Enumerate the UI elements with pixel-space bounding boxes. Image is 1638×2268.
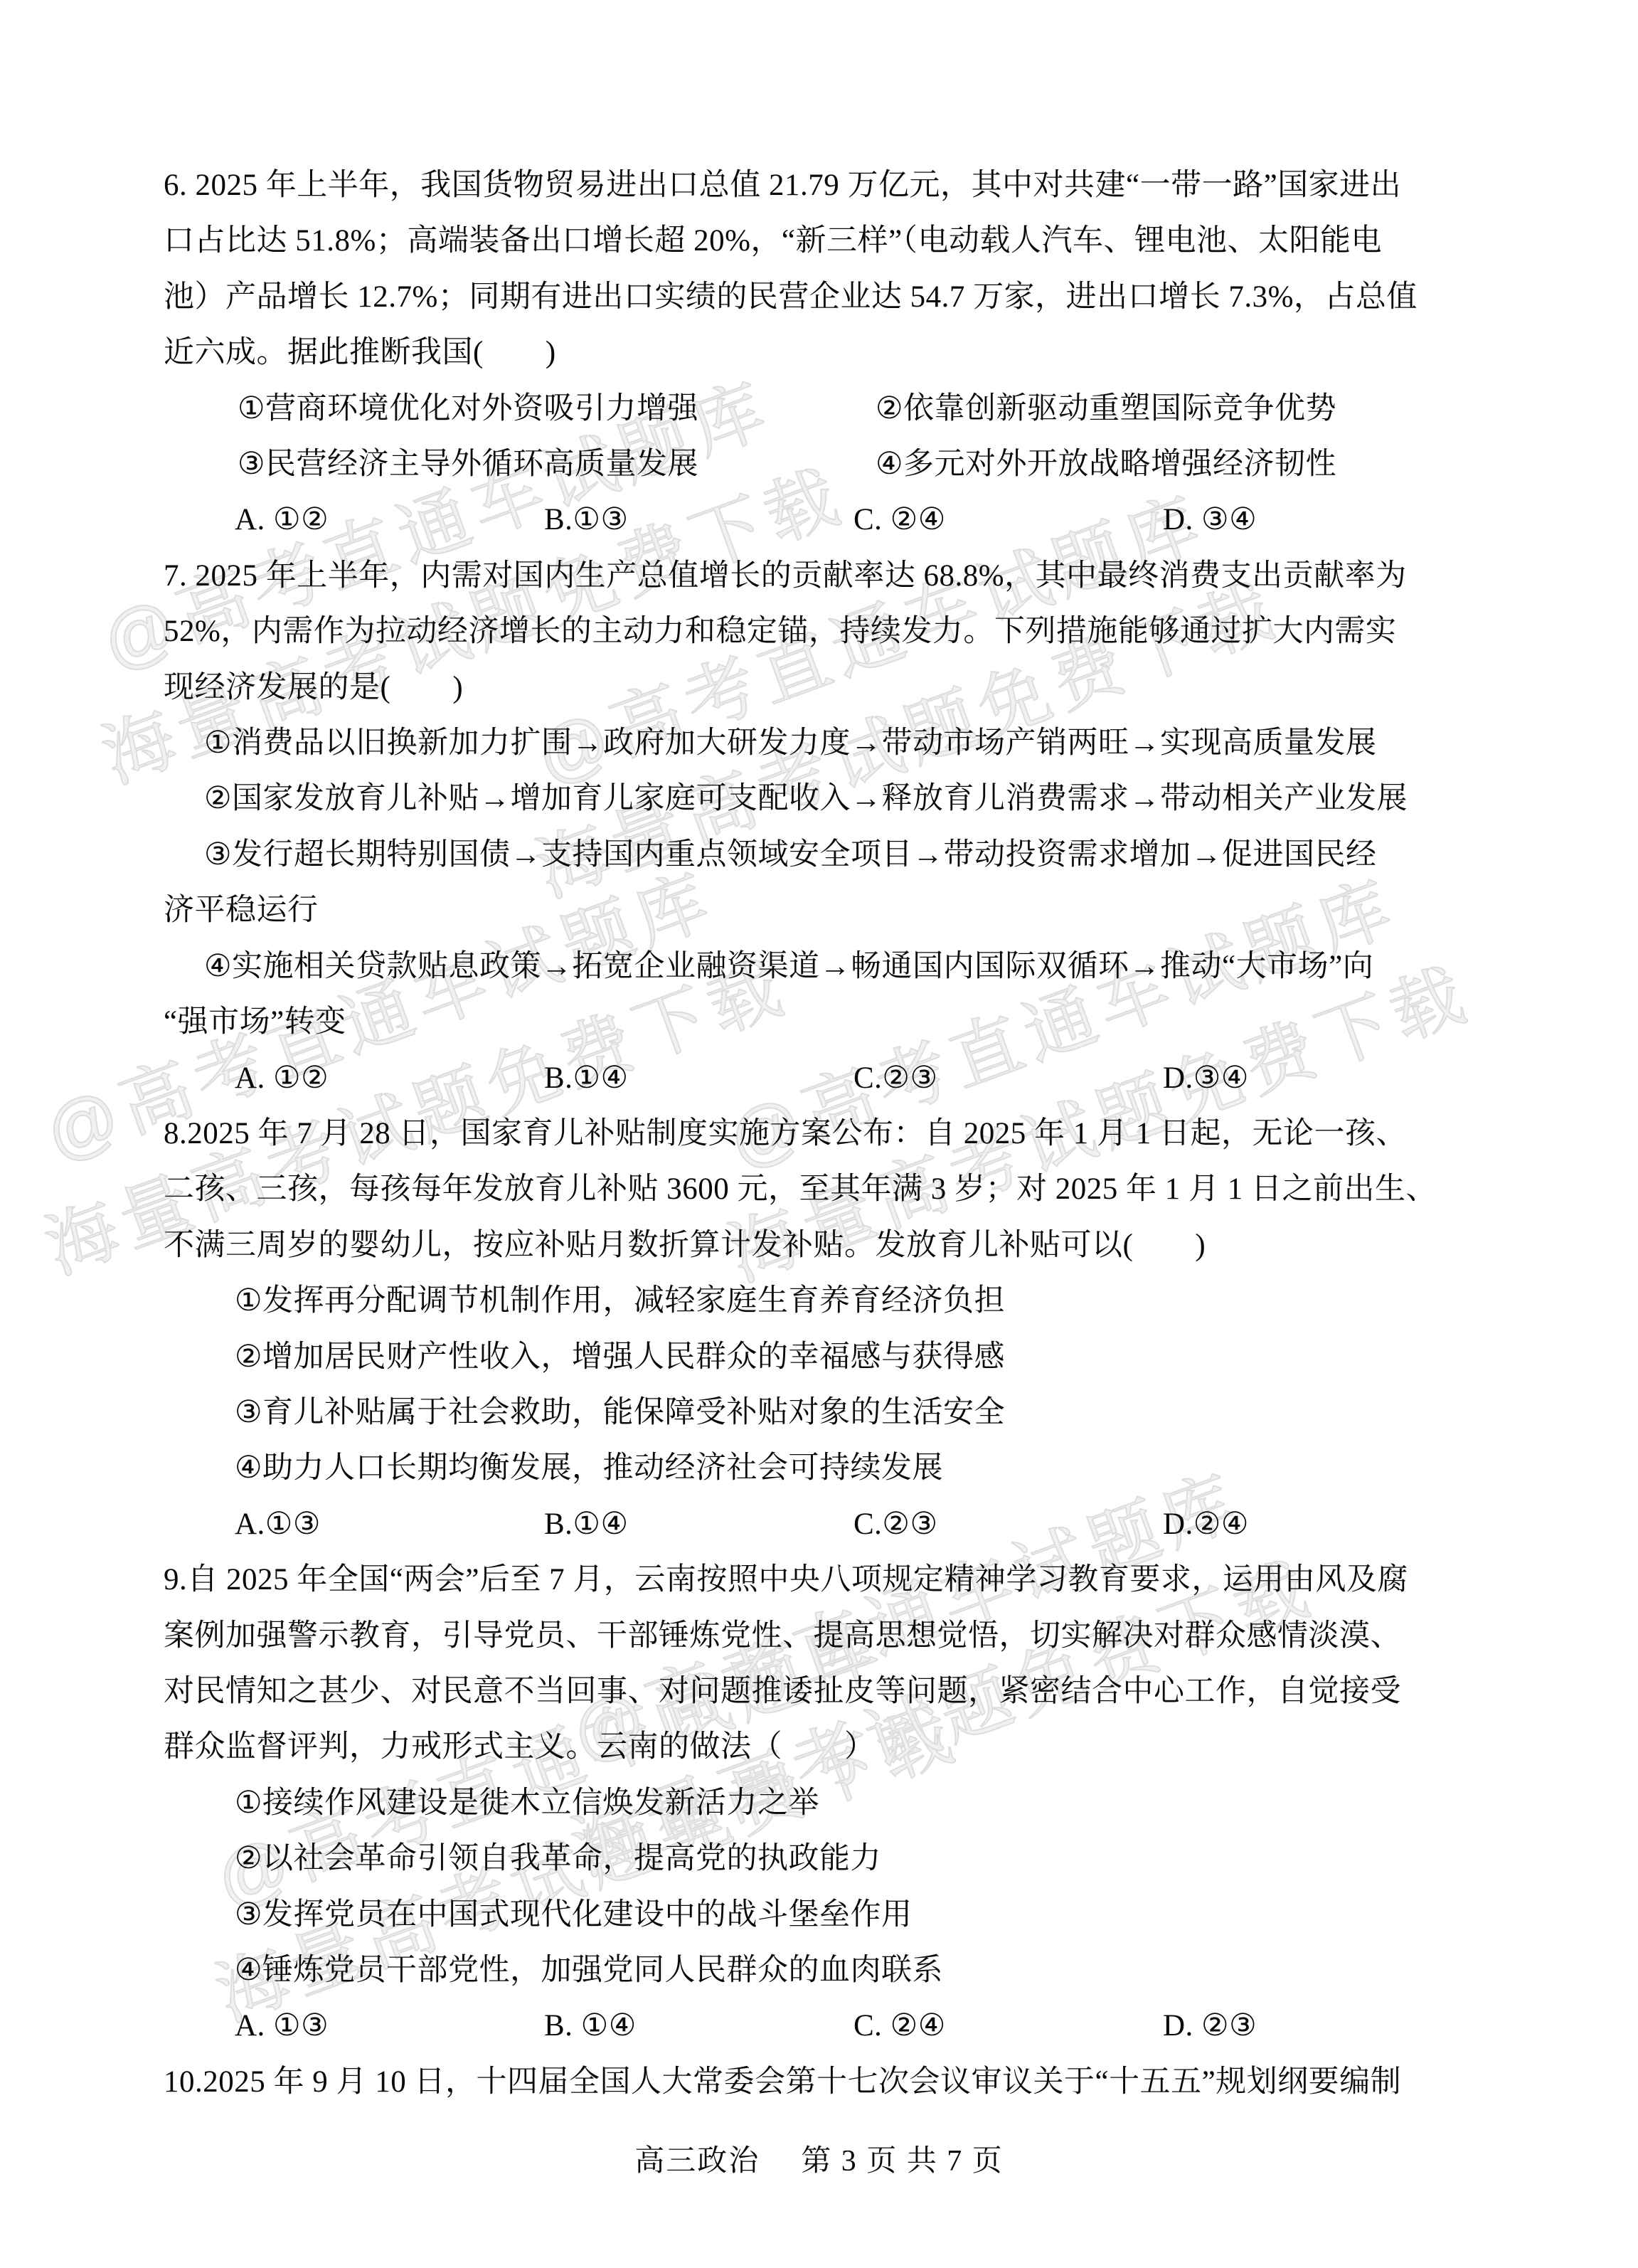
q9-stem-line-4: 群众监督评判，力戒形式主义。云南的做法（ ） [164,1719,1487,1775]
q7-stem-line-1: 7. 2025 年上半年，内需对国内生产总值增长的贡献率达 68.8%，其中最终… [164,549,1487,604]
q7-choice-d: D.③④ [1163,1051,1249,1106]
q7-answer-choices: A. ①② B.①④ C.②③ D.③④ [164,1051,1487,1106]
q8-choice-d: D.②④ [1163,1497,1249,1552]
q7-stem-line-2: 52%，内需作为拉动经济增长的主动力和稳定锚，持续发力。下列措施能够通过扩大内需… [164,604,1487,659]
q8-option-3: ③育儿补贴属于社会救助，能保障受补贴对象的生活安全 [164,1385,1487,1441]
q6-answer-choices: A. ①② B.①③ C. ②④ D. ③④ [164,492,1487,548]
q8-choice-a: A.①③ [235,1497,544,1552]
q8-option-4: ④助力人口长期均衡发展，推动经济社会可持续发展 [164,1441,1487,1496]
q9-option-3: ③发挥党员在中国式现代化建设中的战斗堡垒作用 [164,1887,1487,1943]
q6-stem-line-1: 6. 2025 年上半年，我国货物贸易进出口总值 21.79 万亿元，其中对共建… [164,158,1487,213]
q7-choice-b: B.①④ [544,1051,853,1106]
q7-option-4-continued: “强市场”转变 [164,995,1487,1050]
q9-option-1: ①接续作风建设是徙木立信焕发新活力之举 [164,1776,1487,1831]
q8-stem-line-3: 不满三周岁的婴幼儿，按应补贴月数折算计发补贴。发放育儿补贴可以( ) [164,1218,1487,1273]
q9-answer-choices: A. ①③ B. ①④ C. ②④ D. ②③ [164,1998,1487,2054]
q8-stem-line-2: 二孩、三孩，每孩每年发放育儿补贴 3600 元，至其年满 3 岁；对 2025 … [164,1162,1487,1217]
q6-option-4: ④多元对外开放战略增强经济韧性 [876,437,1336,492]
q6-choice-a: A. ①② [235,492,544,548]
q9-stem-line-2: 案例加强警示教育，引导党员、干部锤炼党性、提高思想觉悟，切实解决对群众感情淡漠、 [164,1609,1487,1664]
footer-page-number: 第 3 页 共 7 页 [801,2145,1004,2178]
q8-option-1: ①发挥再分配调节机制作用，减轻家庭生育养育经济负担 [164,1273,1487,1329]
q9-option-2: ②以社会革命引领自我革命，提高党的执政能力 [164,1831,1487,1887]
q9-choice-c: C. ②④ [853,1998,1163,2054]
q7-option-3-continued: 济平稳运行 [164,883,1487,938]
q8-option-2: ②增加居民财产性收入，增强人民群众的幸福感与获得感 [164,1330,1487,1385]
q9-option-4: ④锤炼党员干部党性，加强党同人民群众的血肉联系 [164,1943,1487,1998]
footer-course-label: 高三政治 [634,2145,760,2178]
q7-choice-a: A. ①② [235,1051,544,1106]
q8-choice-c: C.②③ [853,1497,1163,1552]
page-footer: 高三政治第 3 页 共 7 页 [0,2140,1638,2183]
q7-option-2: ②国家发放育儿补贴→增加育儿家庭可支配收入→释放育儿消费需求→带动相关产业发展 [164,771,1487,827]
q8-answer-choices: A.①③ B.①④ C.②③ D.②④ [164,1497,1487,1552]
q6-option-2: ②依靠创新驱动重塑国际竞争优势 [876,381,1336,437]
q9-choice-a: A. ①③ [235,1998,544,2054]
q10-stem-line-1: 10.2025 年 9 月 10 日，十四届全国人大常委会第十七次会议审议关于“… [164,2055,1487,2110]
q7-option-3: ③发行超长期特别国债→支持国内重点领域安全项目→带动投资需求增加→促进国民经 [164,827,1487,883]
q7-stem-line-3: 现经济发展的是( ) [164,660,1487,716]
q6-choice-d: D. ③④ [1163,492,1257,548]
q6-option-3: ③民营经济主导外循环高质量发展 [238,437,876,492]
q9-choice-b: B. ①④ [544,1998,853,2054]
q9-stem-line-1: 9.自 2025 年全国“两会”后至 7 月，云南按照中央八项规定精神学习教育要… [164,1552,1487,1608]
q7-option-4: ④实施相关贷款贴息政策→拓宽企业融资渠道→畅通国内国际双循环→推动“大市场”向 [164,939,1487,995]
q6-choice-b: B.①③ [544,492,853,548]
exam-paper-page: @高考直通车试题库 海量高考试题免费下载 @高考直通车试题库 海量高考试题免费下… [0,0,1638,2268]
q7-choice-c: C.②③ [853,1051,1163,1106]
q6-options-row-2: ③民营经济主导外循环高质量发展 ④多元对外开放战略增强经济韧性 [164,437,1487,492]
q6-stem-line-2: 口占比达 51.8%；高端装备出口增长超 20%，“新三样”（电动载人汽车、锂电… [164,213,1487,269]
exam-body: 6. 2025 年上半年，我国货物贸易进出口总值 21.79 万亿元，其中对共建… [164,158,1487,2110]
q8-choice-b: B.①④ [544,1497,853,1552]
q7-option-1: ①消费品以旧换新加力扩围→政府加大研发力度→带动市场产销两旺→实现高质量发展 [164,716,1487,771]
q6-options-row-1: ①营商环境优化对外资吸引力增强 ②依靠创新驱动重塑国际竞争优势 [164,381,1487,437]
q6-stem-line-4: 近六成。据此推断我国( ) [164,325,1487,381]
q9-stem-line-3: 对民情知之甚少、对民意不当回事、对问题推诿扯皮等问题，紧密结合中心工作，自觉接受 [164,1664,1487,1719]
q9-choice-d: D. ②③ [1163,1998,1257,2054]
q6-stem-line-3: 池）产品增长 12.7%；同期有进出口实绩的民营企业达 54.7 万家，进出口增… [164,270,1487,325]
q6-option-1: ①营商环境优化对外资吸引力增强 [238,381,876,437]
q8-stem-line-1: 8.2025 年 7 月 28 日，国家育儿补贴制度实施方案公布：自 2025 … [164,1106,1487,1162]
q6-choice-c: C. ②④ [853,492,1163,548]
